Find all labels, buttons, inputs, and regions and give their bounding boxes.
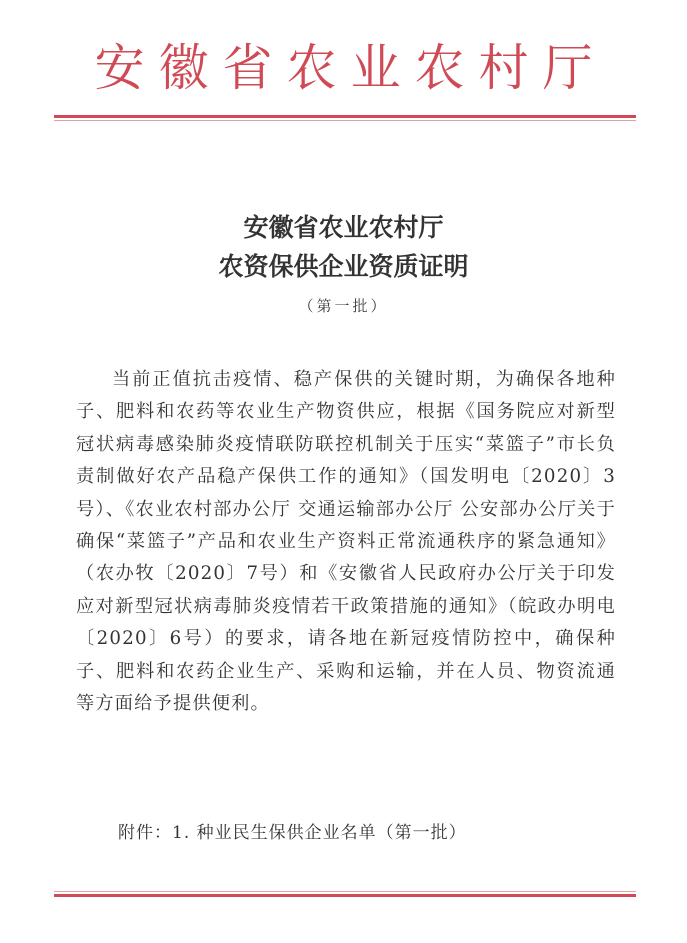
document-attachment-line: 附件：1. 种业民生保供企业名单（第一批） xyxy=(118,818,467,843)
letterhead-org-name: 安徽省农业农村厅 xyxy=(0,38,687,98)
rule-thin-line xyxy=(54,120,636,121)
rule-thick-line xyxy=(54,894,636,897)
letterhead-red-rule xyxy=(54,115,636,121)
footer-red-rule xyxy=(54,891,636,897)
document-body-paragraph: 当前正值抗击疫情、稳产保供的关键时期，为确保各地种子、肥料和农药等农业生产物资供… xyxy=(76,364,616,720)
document-title-org: 安徽省农业农村厅 xyxy=(0,212,687,244)
document-title-subject: 农资保供企业资质证明 xyxy=(0,251,687,283)
document-batch-label: （第一批） xyxy=(0,295,687,316)
